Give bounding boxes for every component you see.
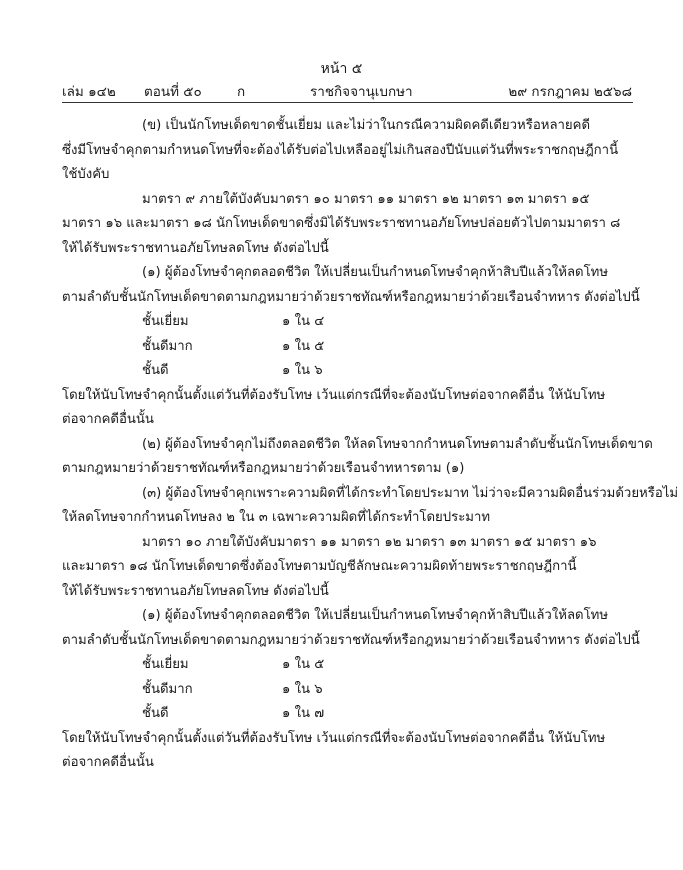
rank-label: ชั้นดีมาก xyxy=(142,678,282,703)
rank-ratio: ๑ ใน ๕ xyxy=(282,335,324,360)
rank-ratio: ๑ ใน ๔ xyxy=(282,310,324,335)
section-9-item3-line1: (๓) ผู้ต้องโทษจำคุกเพราะความผิดที่ได้กระ… xyxy=(62,482,636,507)
section-9-item1-after-line2: ต่อจากคดีอื่นนั้น xyxy=(62,408,636,433)
volume-label: เล่ม ๑๔๒ xyxy=(62,80,116,102)
gazette-header: เล่ม ๑๔๒ ตอนที่ ๕๐ ก ราชกิจจานุเบกษา ๒๙ … xyxy=(62,80,632,100)
rank-row: ชั้นดีมาก ๑ ใน ๖ xyxy=(62,678,636,703)
section-10-line3: ให้ได้รับพระราชทานอภัยโทษลดโทษ ดังต่อไปน… xyxy=(62,580,636,605)
rank-row: ชั้นดีมาก ๑ ใน ๕ xyxy=(62,335,636,360)
rank-row: ชั้นดี ๑ ใน ๖ xyxy=(62,359,636,384)
section-10-item1-after-line2: ต่อจากคดีอื่นนั้น xyxy=(62,751,636,776)
section-9-item2-line1: (๒) ผู้ต้องโทษจำคุกไม่ถึงตลอดชีวิต ให้ลด… xyxy=(62,433,636,458)
section-9-line1: มาตรา ๙ ภายใต้บังคับมาตรา ๑๐ มาตรา ๑๑ มา… xyxy=(62,188,636,213)
rank-label: ชั้นดี xyxy=(142,359,282,384)
rank-row: ชั้นเยี่ยม ๑ ใน ๕ xyxy=(62,653,636,678)
rank-label: ชั้นดี xyxy=(142,702,282,727)
rank-row: ชั้นดี ๑ ใน ๗ xyxy=(62,702,636,727)
issue-date: ๒๙ กรกฎาคม ๒๕๖๘ xyxy=(508,80,632,102)
section-10-item1-line1: (๑) ผู้ต้องโทษจำคุกตลอดชีวิต ให้เปลี่ยนเ… xyxy=(62,604,636,629)
issue-label: ตอนที่ ๕๐ xyxy=(144,80,202,102)
paragraph-kh-line3: ใช้บังคับ xyxy=(62,163,636,188)
section-9-line3: ให้ได้รับพระราชทานอภัยโทษลดโทษ ดังต่อไปน… xyxy=(62,237,636,262)
rank-ratio: ๑ ใน ๗ xyxy=(282,702,324,727)
rank-ratio: ๑ ใน ๖ xyxy=(282,359,323,384)
section-9-item1-after-line1: โดยให้นับโทษจำคุกนั้นตั้งแต่วันที่ต้องรั… xyxy=(62,384,636,409)
rank-ratio: ๑ ใน ๕ xyxy=(282,653,324,678)
rank-label: ชั้นดีมาก xyxy=(142,335,282,360)
section-10-item1-line2: ตามลำดับชั้นนักโทษเด็ดขาดตามกฎหมายว่าด้ว… xyxy=(62,629,636,654)
rank-label: ชั้นเยี่ยม xyxy=(142,310,282,335)
section-10-item1-after-line1: โดยให้นับโทษจำคุกนั้นตั้งแต่วันที่ต้องรั… xyxy=(62,727,636,752)
section-9-item2-line2: ตามกฎหมายว่าด้วยราชทัณฑ์หรือกฎหมายว่าด้ว… xyxy=(62,457,636,482)
section-10-line1: มาตรา ๑๐ ภายใต้บังคับมาตรา ๑๑ มาตรา ๑๒ ม… xyxy=(62,531,636,556)
rank-label: ชั้นเยี่ยม xyxy=(142,653,282,678)
page-number: หน้า ๕ xyxy=(0,58,683,80)
gazette-name: ราชกิจจานุเบกษา xyxy=(310,80,413,102)
section-label: ก xyxy=(237,80,245,102)
rank-ratio: ๑ ใน ๖ xyxy=(282,678,323,703)
section-9-item1-line2: ตามลำดับชั้นนักโทษเด็ดขาดตามกฎหมายว่าด้ว… xyxy=(62,286,636,311)
paragraph-kh-line2: ซึ่งมีโทษจำคุกตามกำหนดโทษที่จะต้องได้รับ… xyxy=(62,139,636,164)
paragraph-kh-line1: (ข) เป็นนักโทษเด็ดขาดชั้นเยี่ยม และไม่ว่… xyxy=(62,114,636,139)
header-divider xyxy=(62,102,633,103)
document-body: (ข) เป็นนักโทษเด็ดขาดชั้นเยี่ยม และไม่ว่… xyxy=(62,114,636,776)
section-9-item3-line2: ให้ลดโทษจากกำหนดโทษลง ๒ ใน ๓ เฉพาะความผิ… xyxy=(62,506,636,531)
section-10-line2: และมาตรา ๑๘ นักโทษเด็ดขาดซึ่งต้องโทษตามบ… xyxy=(62,555,636,580)
rank-row: ชั้นเยี่ยม ๑ ใน ๔ xyxy=(62,310,636,335)
section-9-line2: มาตรา ๑๖ และมาตรา ๑๘ นักโทษเด็ดขาดซึ่งมิ… xyxy=(62,212,636,237)
section-9-item1-line1: (๑) ผู้ต้องโทษจำคุกตลอดชีวิต ให้เปลี่ยนเ… xyxy=(62,261,636,286)
